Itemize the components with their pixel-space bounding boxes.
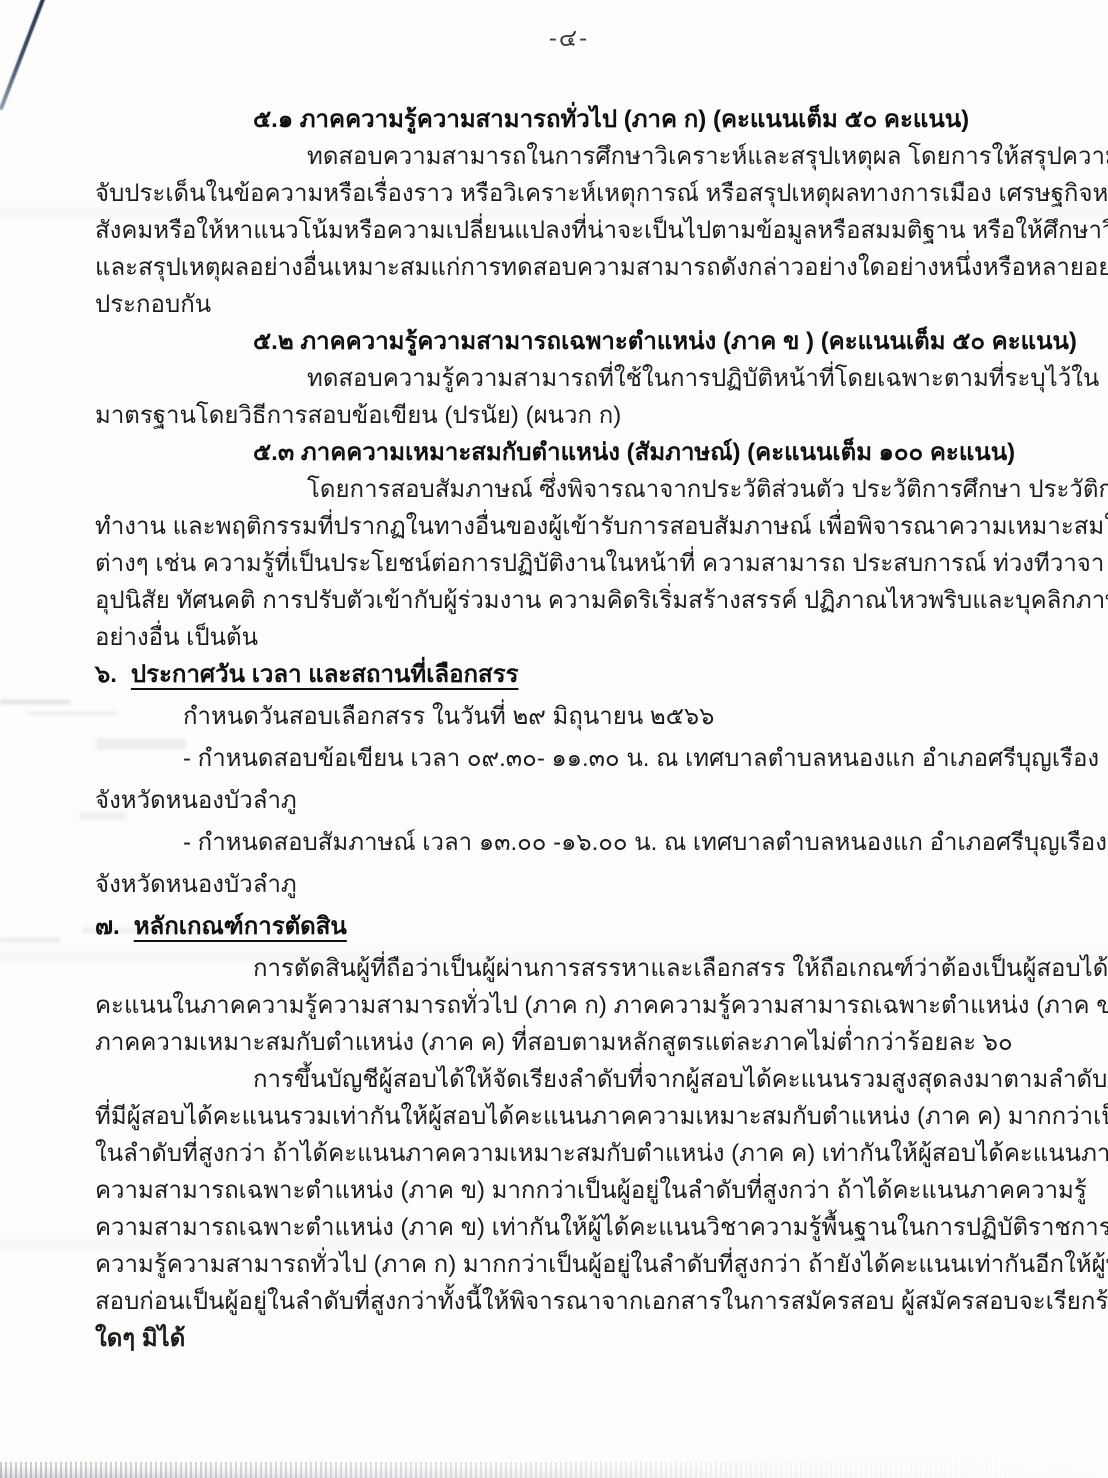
text-line: ใดๆ มิได้ [95,1320,1043,1357]
page-edge-noise [0,1462,1108,1478]
section-5-3-heading: ๕.๓ ภาคความเหมาะสมกับตำแหน่ง (สัมภาษณ์) … [253,434,1043,471]
text-line: และสรุปเหตุผลอย่างอื่นเหมาะสมแก่การทดสอบ… [95,249,1043,286]
written-exam-line: - กำหนดสอบข้อเขียน เวลา ๐๙.๓๐- ๑๑.๓๐ น. … [183,740,1043,777]
section-6-title: ประกาศวัน เวลา และสถานที่เลือกสรร [131,661,519,688]
text-line: ความสามารถเฉพาะตำแหน่ง (ภาค ข) มากกว่าเป… [95,1172,1043,1209]
interview-exam-line: - กำหนดสอบสัมภาษณ์ เวลา ๑๓.๐๐ -๑๖.๐๐ น. … [183,824,1043,861]
section-6-heading: ๖.ประกาศวัน เวลา และสถานที่เลือกสรร [95,656,1043,693]
text-line: การตัดสินผู้ที่ถือว่าเป็นผู้ผ่านการสรรหา… [253,950,1043,987]
text-line: โดยการสอบสัมภาษณ์ ซึ่งพิจารณาจากประวัติส… [307,471,1043,508]
scan-pen-mark-diagonal [0,0,47,110]
text-line: ความสามารถเฉพาะตำแหน่ง (ภาค ข) เท่ากันให… [95,1209,1043,1246]
text-line: ที่มีผู้สอบได้คะแนนรวมเท่ากันให้ผู้สอบได… [95,1098,1043,1135]
text-line: ทดสอบความสามารถในการศึกษาวิเคราะห์และสรุ… [307,138,1043,175]
section-7-heading: ๗.หลักเกณฑ์การตัดสิน [95,908,1043,945]
text-line: ประกอบกัน [95,286,1043,323]
section-5-1-heading: ๕.๑ ภาคความรู้ความสามารถทั่วไป (ภาค ก) (… [253,101,1043,138]
section-6-number: ๖. [95,661,117,688]
section-5-2-heading: ๕.๒ ภาคความรู้ความสามารถเฉพาะตำแหน่ง (ภา… [253,323,1043,360]
text-line: ทำงาน และพฤติกรรมที่ปรากฏในทางอื่นของผู้… [95,508,1043,545]
section-7-title: หลักเกณฑ์การตัดสิน [134,913,347,940]
text-line: จังหวัดหนองบัวลำภู [95,866,1043,903]
text-line: ต่างๆ เช่น ความรู้ที่เป็นประโยชน์ต่อการป… [95,545,1043,582]
section-7-number: ๗. [95,913,120,940]
text-line: ในลำดับที่สูงกว่า ถ้าได้คะแนนภาคความเหมา… [95,1135,1043,1172]
text-line: ความรู้ความสามารถทั่วไป (ภาค ก) มากกว่าเ… [95,1246,1043,1283]
scan-smudge [0,700,70,704]
scan-smudge [0,938,60,942]
text-line: อุปนิสัย ทัศนคติ การปรับตัวเข้ากับผู้ร่ว… [95,582,1043,619]
text-line: จับประเด็นในข้อความหรือเรื่องราว หรือวิเ… [95,175,1043,212]
text-line: สอบก่อนเป็นผู้อยู่ในลำดับที่สูงกว่าทั้งน… [95,1283,1043,1320]
text-line: การขึ้นบัญชีผู้สอบได้ให้จัดเรียงลำดับที่… [253,1061,1043,1098]
text-line: อย่างอื่น เป็นต้น [95,619,1043,656]
exam-date-line: กำหนดวันสอบเลือกสรร ในวันที่ ๒๙ มิถุนายน… [183,698,1043,735]
page-number: -๔- [95,20,1043,57]
text-line: สังคมหรือให้หาแนวโน้มหรือความเปลี่ยนแปลง… [95,212,1043,249]
text-line: ภาคความเหมาะสมกับตำแหน่ง (ภาค ค) ที่สอบต… [95,1024,1043,1061]
text-line: คะแนนในภาคความรู้ความสามารถทั่วไป (ภาค ก… [95,987,1043,1024]
document-content: -๔- ๕.๑ ภาคความรู้ความสามารถทั่วไป (ภาค … [95,20,1043,1357]
document-page: -๔- ๕.๑ ภาคความรู้ความสามารถทั่วไป (ภาค … [0,0,1108,1478]
text-line: มาตรฐานโดยวิธีการสอบข้อเขียน (ปรนัย) (ผน… [95,397,1043,434]
text-line: ทดสอบความรู้ความสามารถที่ใช้ในการปฏิบัติ… [307,360,1043,397]
text-line: จังหวัดหนองบัวลำภู [95,782,1043,819]
